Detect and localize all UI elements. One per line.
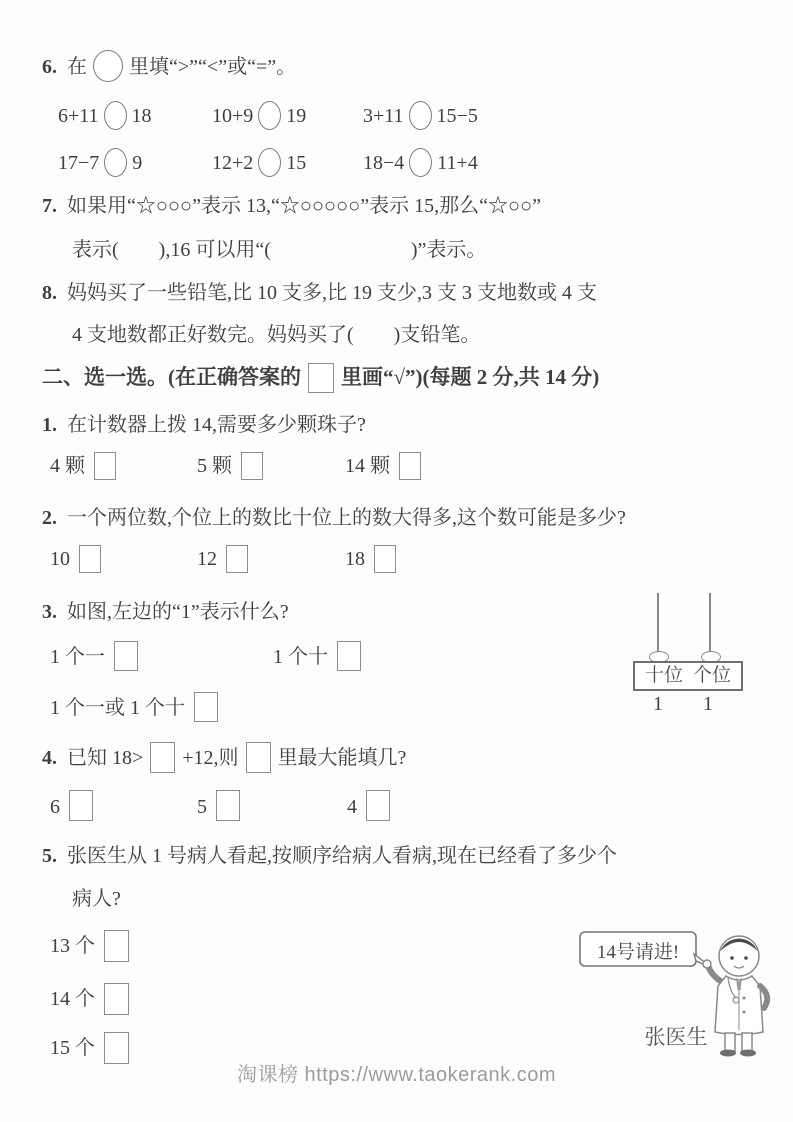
question-text: +12,则	[182, 747, 238, 769]
question-5-line1: 5.张医生从 1 号病人看起,按顺序给病人看病,现在已经看了多少个	[42, 843, 617, 870]
comparison-item: 18−411+4	[363, 148, 478, 177]
option-checkbox[interactable]	[226, 545, 248, 573]
section-2-header: 二、选一选。(在正确答案的里画“√”)(每题 2 分,共 14 分)	[42, 363, 599, 393]
question-number: 8.	[42, 282, 57, 304]
question-7-line1: 7.如果用“☆○○○”表示 13,“☆○○○○○”表示 15,那么“☆○○”	[42, 193, 541, 220]
section-title: 二、选一选。(在正确答案的	[42, 365, 301, 389]
option-label: 14 颗	[345, 455, 390, 477]
option-label: 18	[345, 548, 365, 570]
question-text: 张医生从 1 号病人看起,按顺序给病人看病,现在已经看了多少个	[67, 845, 617, 867]
option-label: 4	[347, 796, 357, 818]
question-number: 7.	[42, 195, 57, 217]
question-5-line2: 病人?	[72, 886, 121, 913]
comparison-item: 6+1118	[58, 101, 152, 130]
question-1-options: 4 颗 5 颗 14 颗	[50, 452, 770, 492]
comparison-row-1: 6+1118 10+919 3+1115−5	[58, 101, 778, 141]
left-expression: 17−7	[58, 152, 99, 174]
option: 10	[50, 545, 101, 573]
option-label: 5	[197, 796, 207, 818]
option-checkbox[interactable]	[69, 790, 93, 821]
option-checkbox[interactable]	[366, 790, 390, 821]
option-label: 1 个一或 1 个十	[50, 697, 185, 719]
question-3-header: 3.如图,左边的“1”表示什么?	[42, 599, 289, 626]
option-checkbox[interactable]	[399, 452, 421, 480]
option: 5 颗	[197, 452, 263, 480]
question-8-line1: 8.妈妈买了一些铅笔,比 10 支多,比 19 支少,3 支 3 支地数或 4 …	[42, 280, 597, 307]
question-text: 里填“>”“<”或“=”。	[129, 56, 296, 78]
answer-circle[interactable]	[258, 101, 281, 130]
option-label: 12	[197, 548, 217, 570]
left-expression: 12+2	[212, 152, 253, 174]
left-expression: 10+9	[212, 105, 253, 127]
example-circle	[93, 50, 123, 82]
right-expression: 9	[132, 152, 142, 174]
question-number: 1.	[42, 414, 57, 436]
abacus-rod-tens	[657, 593, 659, 655]
ones-value: 1	[683, 691, 733, 718]
comparison-row-2: 17−79 12+215 18−411+4	[58, 148, 778, 188]
option: 18	[345, 545, 396, 573]
question-8-line2: 4 支地数都正好数完。妈妈买了( )支铅笔。	[72, 322, 480, 349]
option: 4 颗	[50, 452, 116, 480]
question-number: 3.	[42, 601, 57, 623]
question-7-line2: 表示( ),16 可以用“( )”表示。	[72, 237, 486, 264]
option-label: 6	[50, 796, 60, 818]
right-expression: 11+4	[437, 152, 478, 174]
left-expression: 3+11	[363, 105, 404, 127]
question-text: 一个两位数,个位上的数比十位上的数大得多,这个数可能是多少?	[67, 507, 626, 529]
answer-circle[interactable]	[104, 148, 127, 177]
question-text: 在计数器上拨 14,需要多少颗珠子?	[67, 414, 366, 436]
option-checkbox[interactable]	[104, 1032, 129, 1064]
question-6-header: 6.在里填“>”“<”或“=”。	[42, 50, 296, 82]
option-label: 15 个	[50, 1037, 95, 1059]
right-expression: 19	[286, 105, 306, 127]
option-checkbox[interactable]	[216, 790, 240, 821]
question-1-header: 1.在计数器上拨 14,需要多少颗珠子?	[42, 412, 366, 439]
question-5-option-2: 14 个	[50, 983, 129, 1015]
question-4-header: 4.已知 18>+12,则里最大能填几?	[42, 742, 406, 773]
option: 6	[50, 790, 93, 821]
comparison-item: 10+919	[212, 101, 306, 130]
watermark-text: 淘课榜 https://www.taokerank.com	[237, 1064, 556, 1086]
option-label: 14 个	[50, 988, 95, 1010]
answer-circle[interactable]	[104, 101, 127, 130]
question-2-header: 2.一个两位数,个位上的数比十位上的数大得多,这个数可能是多少?	[42, 505, 626, 532]
abacus-values: 1 1	[633, 691, 743, 718]
option-label: 5 颗	[197, 455, 232, 477]
doctor-figure	[703, 936, 767, 1057]
option-checkbox[interactable]	[94, 452, 116, 480]
question-number: 2.	[42, 507, 57, 529]
question-text: 病人?	[72, 888, 121, 910]
option-checkbox[interactable]	[374, 545, 396, 573]
left-expression: 6+11	[58, 105, 99, 127]
right-expression: 18	[132, 105, 152, 127]
option-checkbox[interactable]	[114, 641, 138, 671]
option: 1 个一或 1 个十	[50, 692, 218, 722]
blank-square[interactable]	[246, 742, 271, 773]
abacus-illustration: 十位 个位 1 1	[633, 593, 753, 718]
option-label: 1 个十	[273, 646, 328, 668]
comparison-item: 12+215	[212, 148, 306, 177]
question-text: 在	[67, 56, 87, 78]
question-2-options: 10 12 18	[50, 545, 770, 585]
question-text: 里最大能填几?	[278, 747, 407, 769]
question-text: 表示( ),16 可以用“( )”表示。	[72, 239, 486, 261]
ones-label: 个位	[693, 663, 731, 689]
left-expression: 18−4	[363, 152, 404, 174]
option-checkbox[interactable]	[79, 545, 101, 573]
option-label: 13 个	[50, 935, 95, 957]
option-checkbox[interactable]	[104, 930, 129, 962]
watermark-footer: 淘课榜 https://www.taokerank.com	[0, 1062, 793, 1089]
abacus-rod-ones	[709, 593, 711, 655]
abacus-frame: 十位 个位	[633, 661, 743, 691]
tens-value: 1	[633, 691, 683, 718]
option: 4	[347, 790, 390, 821]
question-5-option-3: 15 个	[50, 1032, 129, 1064]
bubble-text: 14号请进!	[597, 941, 679, 963]
doctor-drawing: 14号请进! 张医生	[576, 920, 781, 1065]
answer-circle[interactable]	[409, 148, 432, 177]
option-label: 1 个一	[50, 646, 105, 668]
tens-label: 十位	[645, 663, 683, 689]
question-text: 如果用“☆○○○”表示 13,“☆○○○○○”表示 15,那么“☆○○”	[67, 195, 541, 217]
worksheet-page: 6.在里填“>”“<”或“=”。 6+1118 10+919 3+1115−5 …	[0, 0, 793, 1122]
option-label: 4 颗	[50, 455, 85, 477]
question-4-options: 6 5 4	[50, 790, 770, 830]
answer-circle[interactable]	[409, 101, 432, 130]
answer-circle[interactable]	[258, 148, 281, 177]
comparison-item: 3+1115−5	[363, 101, 478, 130]
option: 1 个十	[273, 641, 361, 671]
doctor-illustration: 14号请进! 张医生	[576, 920, 781, 1065]
question-text: 已知 18>	[67, 747, 143, 769]
question-text: 如图,左边的“1”表示什么?	[67, 601, 289, 623]
option: 5	[197, 790, 240, 821]
option: 14 颗	[345, 452, 421, 480]
doctor-caption: 张医生	[645, 1025, 708, 1049]
comparison-item: 17−79	[58, 148, 142, 177]
option-label: 10	[50, 548, 70, 570]
blank-square[interactable]	[150, 742, 175, 773]
option-checkbox[interactable]	[194, 692, 218, 722]
section-scoring: 里画“√”)(每题 2 分,共 14 分)	[341, 365, 599, 389]
question-number: 6.	[42, 56, 57, 78]
option-checkbox[interactable]	[104, 983, 129, 1015]
question-number: 4.	[42, 747, 57, 769]
question-5-option-1: 13 个	[50, 930, 129, 962]
question-text: 4 支地数都正好数完。妈妈买了( )支铅笔。	[72, 324, 480, 346]
question-text: 妈妈买了一些铅笔,比 10 支多,比 19 支少,3 支 3 支地数或 4 支	[67, 282, 597, 304]
right-expression: 15−5	[437, 105, 478, 127]
question-number: 5.	[42, 845, 57, 867]
option-checkbox[interactable]	[241, 452, 263, 480]
option: 12	[197, 545, 248, 573]
right-expression: 15	[286, 152, 306, 174]
example-checkbox	[308, 363, 334, 393]
option: 1 个一	[50, 641, 138, 671]
option-checkbox[interactable]	[337, 641, 361, 671]
